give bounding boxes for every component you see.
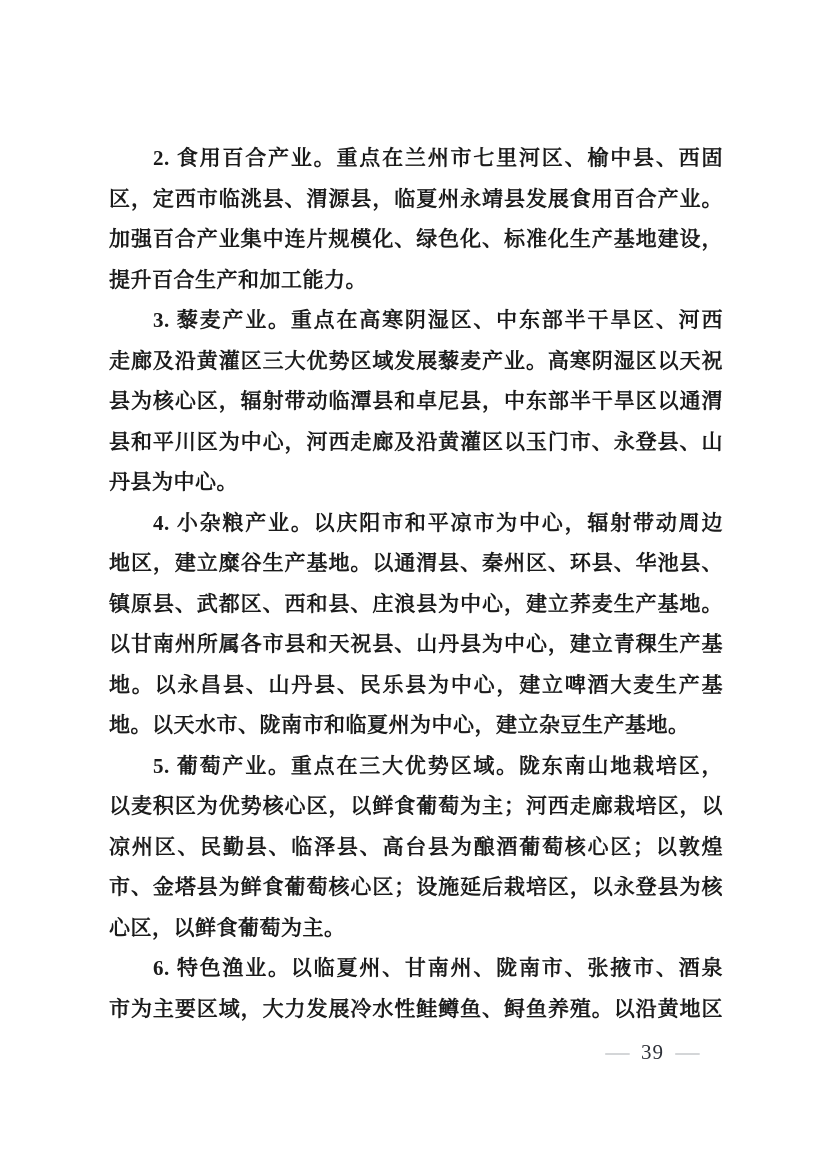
text-line: 走廊及沿黄灌区三大优势区域发展藜麦产业。高寒阴湿区以天祝 — [109, 341, 723, 382]
text-line: 以麦积区为优势核心区，以鲜食葡萄为主；河西走廊栽培区，以 — [109, 786, 723, 827]
page-number-dash-right: — — [675, 1037, 699, 1067]
text-line: 镇原县、武都区、西和县、庄浪县为中心，建立荞麦生产基地。 — [109, 584, 723, 625]
text-line: 市为主要区域，大力发展冷水性鲑鳟鱼、鲟鱼养殖。以沿黄地区 — [109, 989, 723, 1030]
text-line: 2. 食用百合产业。重点在兰州市七里河区、榆中县、西固 — [109, 138, 723, 179]
text-line: 6. 特色渔业。以临夏州、甘南州、陇南市、张掖市、酒泉 — [109, 948, 723, 989]
text-line: 提升百合生产和加工能力。 — [109, 260, 723, 301]
text-line: 地。以天水市、陇南市和临夏州为中心，建立杂豆生产基地。 — [109, 705, 723, 746]
text-line: 心区，以鲜食葡萄为主。 — [109, 908, 723, 949]
text-line: 以甘南州所属各市县和天祝县、山丹县为中心，建立青稞生产基 — [109, 624, 723, 665]
text-line: 县为核心区，辐射带动临潭县和卓尼县，中东部半干旱区以通渭 — [109, 381, 723, 422]
page-number-value: 39 — [641, 1037, 664, 1067]
paragraph-lily-industry: 2. 食用百合产业。重点在兰州市七里河区、榆中县、西固 区，定西市临洮县、渭源县… — [109, 138, 723, 300]
paragraph-minor-grains-industry: 4. 小杂粮产业。以庆阳市和平凉市为中心，辐射带动周边 地区，建立糜谷生产基地。… — [109, 503, 723, 746]
document-body: 2. 食用百合产业。重点在兰州市七里河区、榆中县、西固 区，定西市临洮县、渭源县… — [109, 138, 723, 1029]
text-line: 丹县为中心。 — [109, 462, 723, 503]
paragraph-fishery-industry: 6. 特色渔业。以临夏州、甘南州、陇南市、张掖市、酒泉 市为主要区域，大力发展冷… — [109, 948, 723, 1029]
text-line: 3. 藜麦产业。重点在高寒阴湿区、中东部半干旱区、河西 — [109, 300, 723, 341]
page-number: — 39 — — [607, 1037, 698, 1067]
paragraph-quinoa-industry: 3. 藜麦产业。重点在高寒阴湿区、中东部半干旱区、河西 走廊及沿黄灌区三大优势区… — [109, 300, 723, 503]
text-line: 县和平川区为中心，河西走廊及沿黄灌区以玉门市、永登县、山 — [109, 422, 723, 463]
text-line: 市、金塔县为鲜食葡萄核心区；设施延后栽培区，以永登县为核 — [109, 867, 723, 908]
text-line: 4. 小杂粮产业。以庆阳市和平凉市为中心，辐射带动周边 — [109, 503, 723, 544]
text-line: 加强百合产业集中连片规模化、绿色化、标准化生产基地建设， — [109, 219, 723, 260]
text-line: 区，定西市临洮县、渭源县，临夏州永靖县发展食用百合产业。 — [109, 179, 723, 220]
document-page: 2. 食用百合产业。重点在兰州市七里河区、榆中县、西固 区，定西市临洮县、渭源县… — [0, 0, 826, 1169]
paragraph-grape-industry: 5. 葡萄产业。重点在三大优势区域。陇东南山地栽培区， 以麦积区为优势核心区，以… — [109, 746, 723, 949]
text-line: 地区，建立糜谷生产基地。以通渭县、秦州区、环县、华池县、 — [109, 543, 723, 584]
text-line: 地。以永昌县、山丹县、民乐县为中心，建立啤酒大麦生产基 — [109, 665, 723, 706]
text-line: 凉州区、民勤县、临泽县、高台县为酿酒葡萄核心区；以敦煌 — [109, 827, 723, 868]
page-number-dash-left: — — [605, 1037, 629, 1067]
text-line: 5. 葡萄产业。重点在三大优势区域。陇东南山地栽培区， — [109, 746, 723, 787]
